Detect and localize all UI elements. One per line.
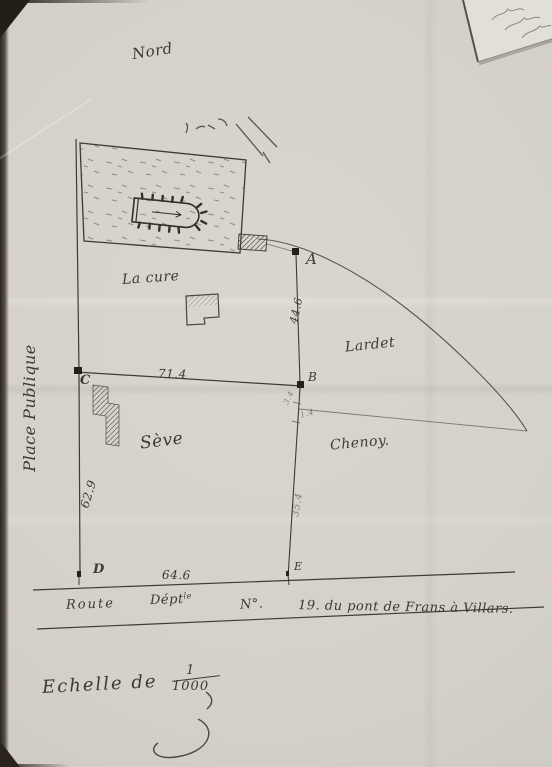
offset-line [299,409,527,431]
place-publique-label: Place Publique [22,323,38,493]
road-caption-word-2: Déptle [150,592,192,607]
cure-building [186,294,219,325]
measurement-cb: 71.4 [158,368,187,381]
scanned-plan-page: Nord Place Publique La cure Lardet Sève … [0,0,552,767]
point-letter-b: B [308,371,317,383]
measurement-de: 64.6 [162,569,191,581]
hatched-strip [93,385,119,446]
road-caption-dept: Dépt [150,592,184,608]
scale-fraction: 1 1000 [172,664,220,693]
scale-flourish [154,692,212,758]
point-letter-d: D [93,563,105,576]
point-marker-a [292,248,299,255]
road-caption-dept-sup: le [183,591,192,600]
point-marker-b [297,381,304,388]
point-marker-d [77,571,81,577]
point-marker-e [286,571,289,576]
road-caption-word-4: 19. du pont de Frans à Villars. [298,599,514,616]
scale-fraction-denominator: 1000 [172,680,220,693]
folded-corner [463,0,552,64]
point-letter-e: E [294,561,303,572]
la-cure-label: La cure [122,269,180,287]
point-letter-a: A [306,252,317,267]
point-letter-c: C [80,374,91,387]
road-caption-number-sign: N°. [240,597,264,611]
road-caption-word-1: Route [66,597,115,612]
